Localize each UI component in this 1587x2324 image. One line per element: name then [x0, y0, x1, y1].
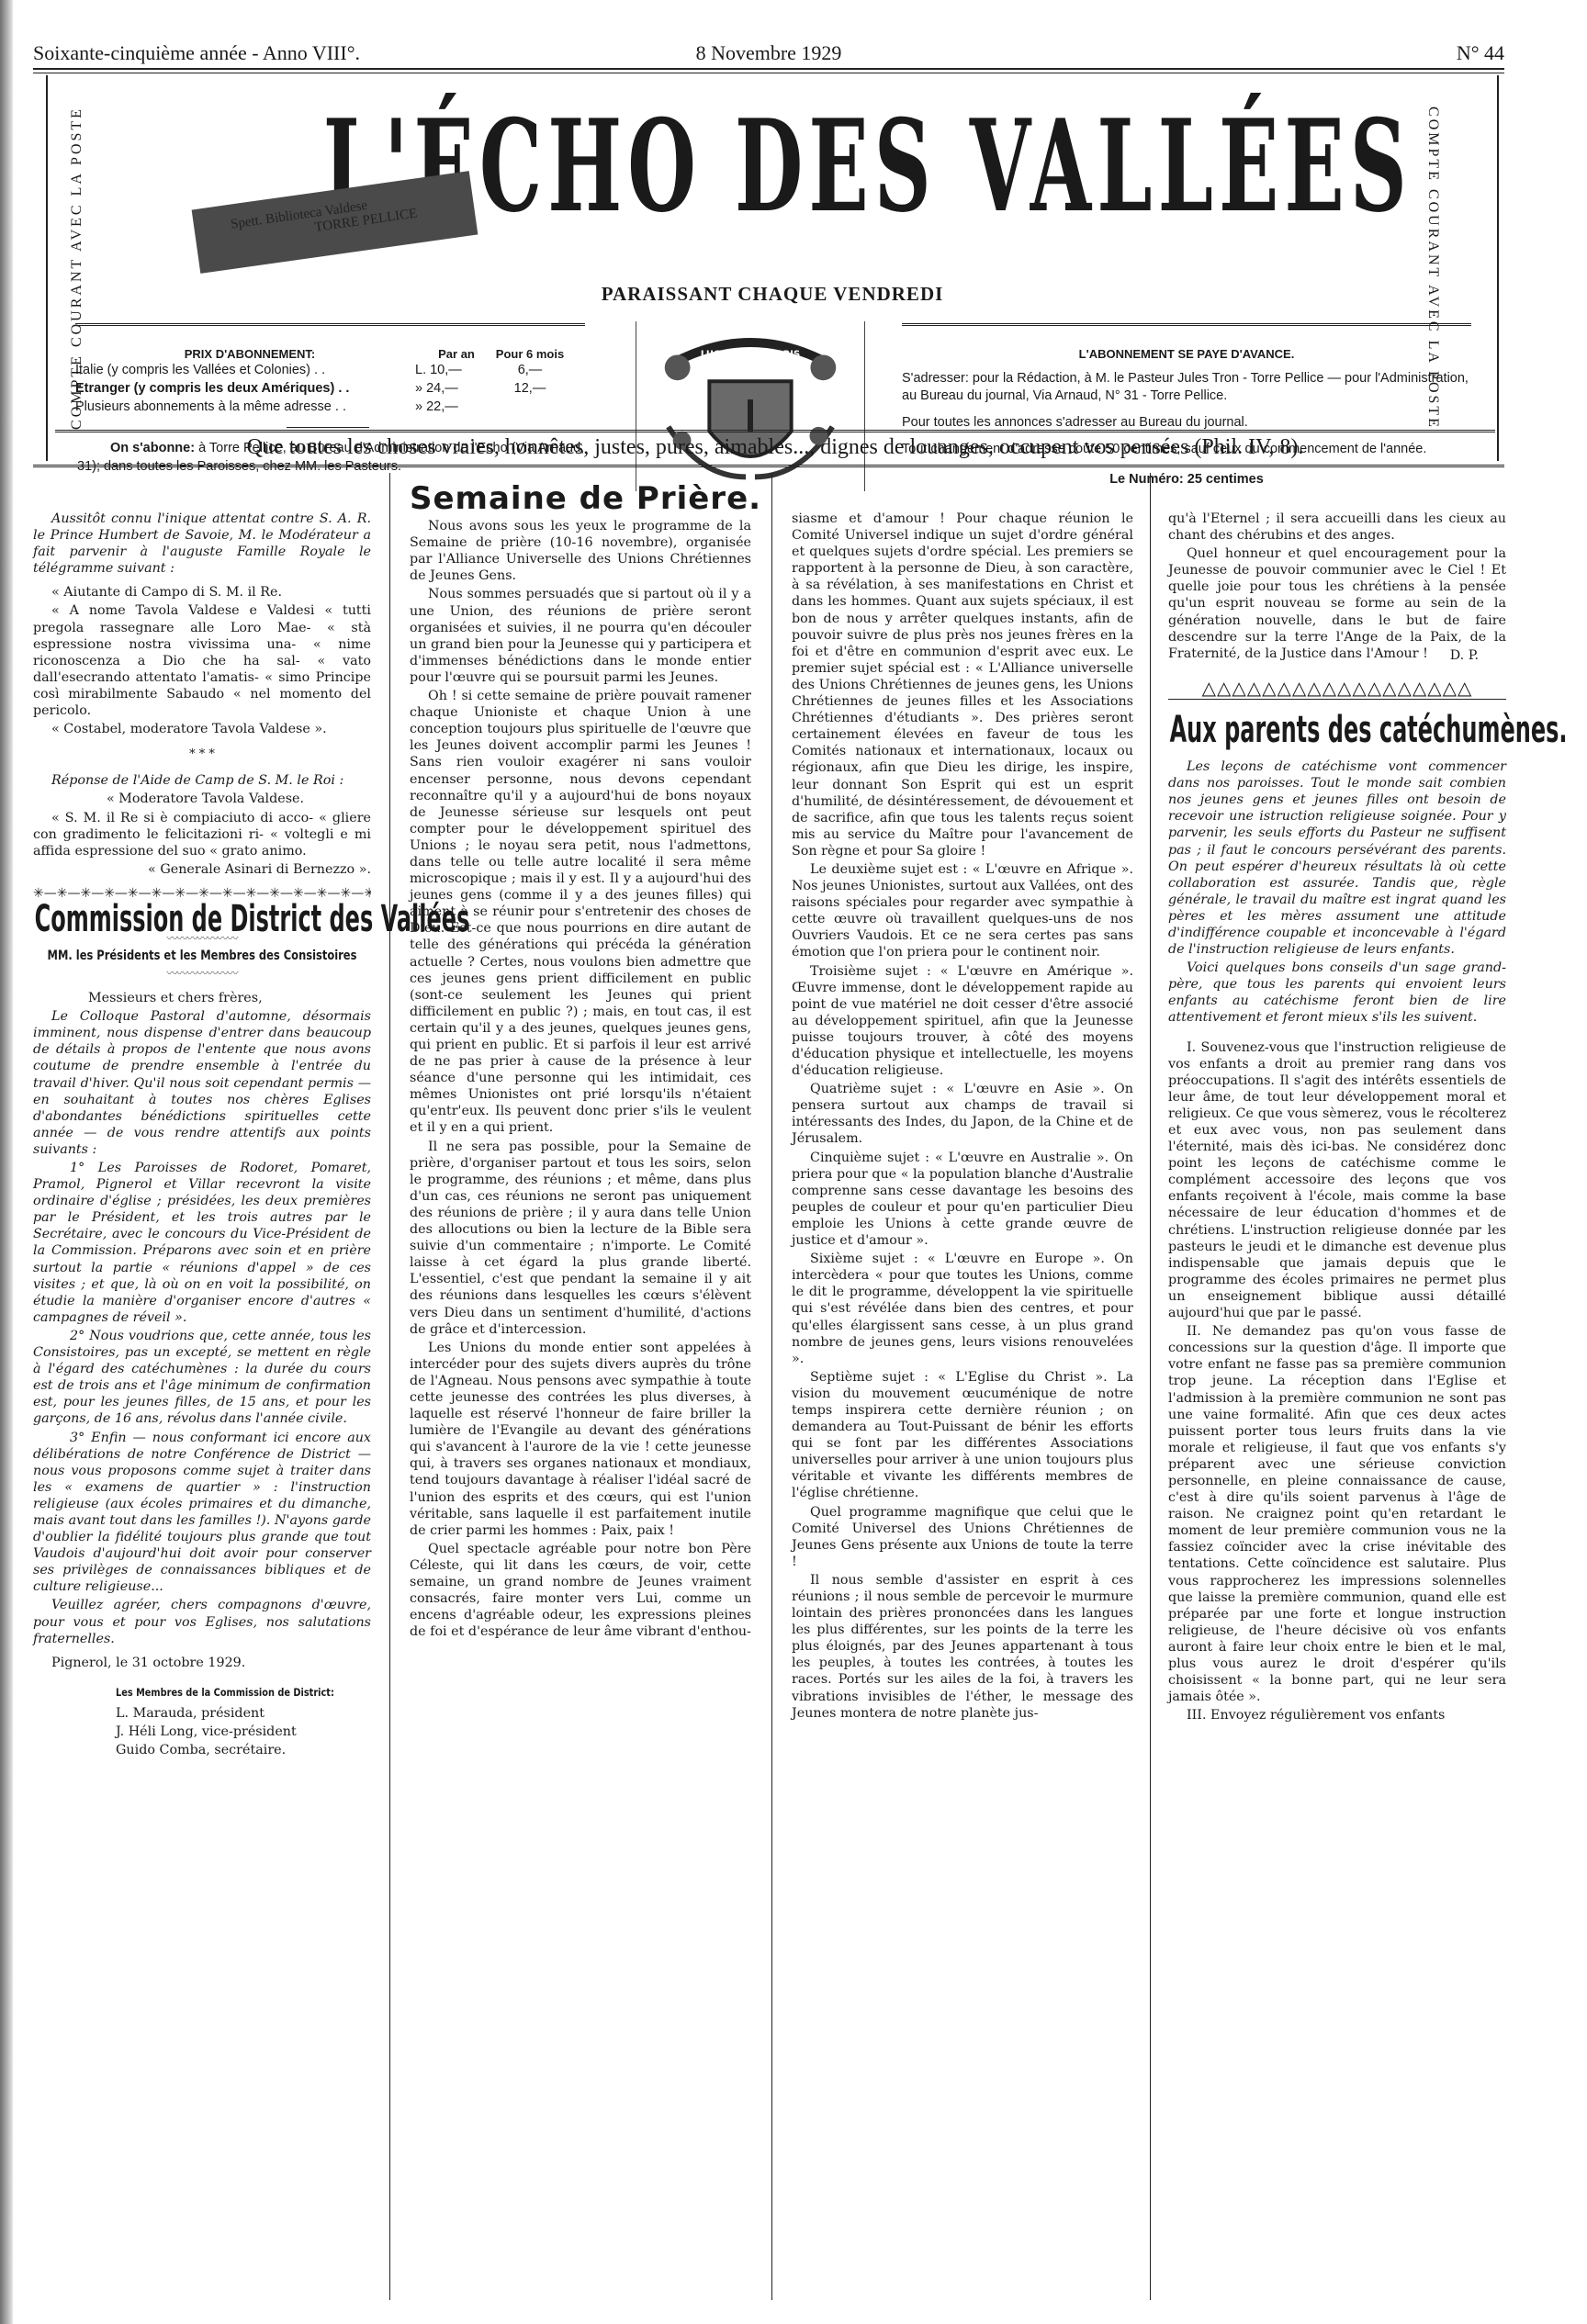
paragraph: Sixième sujet : « L'œuvre en Europe ». O…	[792, 1251, 1133, 1367]
paragraph: 3° Enfin — nous conformant ici encore au…	[33, 1430, 371, 1596]
paragraph: Cinquième sujet : « L'œuvre en Australie…	[792, 1150, 1133, 1250]
article-title-parents: Aux parents des catéchumènes.	[1170, 722, 1505, 738]
subtitle: PARAISSANT CHAQUE VENDREDI	[48, 283, 1497, 306]
price-row: Etranger (y compris les deux Amériques) …	[75, 379, 599, 398]
paragraph: Quel honneur et quel encouragement pour …	[1168, 545, 1506, 662]
reply-addressee: « Moderatore Tavola Valdese.	[33, 791, 371, 807]
column-rule	[389, 473, 390, 2300]
paragraph: Le deuxième sujet est : « L'œuvre en Afr…	[792, 861, 1133, 961]
paragraph: 1° Les Paroisses de Rodoret, Pomaret, Pr…	[33, 1160, 371, 1326]
paragraph: Il ne sera pas possible, pour la Semaine…	[410, 1139, 751, 1338]
paragraph: Il nous semble d'assister en esprit à ce…	[792, 1572, 1133, 1722]
reply-signature: « Generale Asinari di Bernezzo ».	[33, 861, 371, 878]
price-table-header: PRIX D'ABONNEMENT: Par an Pour 6 mois	[75, 347, 599, 361]
column-1: Aussitôt connu l'inique attentat contre …	[33, 477, 371, 1759]
redaction-info: S'adresser: pour la Rédaction, à M. le P…	[902, 370, 1471, 405]
motto-rule	[33, 465, 1504, 467]
paragraph: Quel programme magnifique que celui que …	[792, 1504, 1133, 1570]
scan-edge	[0, 0, 13, 2324]
svg-text:LUCET IN TENEBRIS: LUCET IN TENEBRIS	[701, 349, 800, 359]
telegram-intro: Aussitôt connu l'inique attentat contre …	[33, 511, 371, 577]
issue-number: N° 44	[1457, 41, 1504, 65]
issue-date: 8 Novembre 1929	[696, 41, 842, 65]
column-2: Semaine de Prière. Nous avons sous les y…	[410, 477, 751, 1642]
divider	[287, 427, 369, 428]
masthead: COMPTE COURANT AVEC LA POSTE L'ÉCHO DES …	[46, 75, 1499, 461]
separator-stars: * * *	[33, 747, 371, 763]
paragraph: qu'à l'Eternel ; il sera accueilli dans …	[1168, 511, 1506, 544]
paragraph: Oh ! si cette semaine de prière pouvait …	[410, 688, 751, 1137]
price-row: Italie (y compris les Vallées et Colonie…	[75, 361, 599, 379]
telegram-signature: « Costabel, moderatore Tavola Valdese ».	[33, 721, 371, 737]
place-date: Pignerol, le 31 octobre 1929.	[33, 1655, 371, 1671]
paragraph: Les leçons de catéchisme vont commencer …	[1168, 758, 1506, 958]
subscription-rule	[75, 323, 585, 326]
signature: L. Marauda, président	[116, 1704, 371, 1723]
salutation: Messieurs et chers frères,	[33, 990, 371, 1006]
issue-info-bar: Soixante-cinquième année - Anno VIII°. 8…	[33, 39, 1504, 68]
edition-label: Soixante-cinquième année - Anno VIII°.	[33, 41, 360, 65]
paragraph: Le Colloque Pastoral d'automne, désormai…	[33, 1008, 371, 1158]
paragraph: 2° Nous voudrions que, cette année, tous…	[33, 1328, 371, 1428]
motto: Que toutes les choses vraies, honnêtes, …	[55, 435, 1495, 460]
paragraph: Veuillez agréer, chers compagnons d'œuvr…	[33, 1597, 371, 1646]
top-rule	[33, 68, 1504, 73]
paragraph: Troisième sujet : « L'œuvre en Amérique …	[792, 963, 1133, 1080]
info-rule	[902, 323, 1471, 326]
price-row: Plusieurs abonnements à la même adresse …	[75, 398, 599, 416]
motto-rule	[55, 430, 1495, 432]
paragraph: Les Unions du monde entier sont appelées…	[410, 1340, 751, 1539]
paragraph: siasme et d'amour ! Pour chaque réunion …	[792, 511, 1133, 859]
signature-heading: Les Membres de la Commission de District…	[116, 1684, 332, 1701]
paragraph: Nous avons sous les yeux le programme de…	[410, 518, 751, 584]
column-3: siasme et d'amour ! Pour chaque réunion …	[792, 477, 1133, 1723]
triangle-divider: △△△△△△△△△△△△△△△△△△	[1168, 677, 1506, 700]
paragraph: I. Souvenez-vous que l'instruction relig…	[1168, 1039, 1506, 1322]
paragraph: Quatrième sujet : « L'œuvre en Asie ». O…	[792, 1081, 1133, 1147]
signature: Guido Comba, secrétaire.	[116, 1741, 371, 1759]
article-title-semaine: Semaine de Prière.	[410, 490, 751, 507]
column-rule	[1150, 473, 1151, 2300]
telegram-body: « A nome Tavola Valdese e Valdesi « tutt…	[33, 602, 371, 719]
article-subtitle: MM. les Présidents et les Membres des Co…	[41, 948, 364, 964]
side-text-right: COMPTE COURANT AVEC LA POSTE	[1414, 75, 1451, 461]
paragraph: II. Ne demandez pas qu'on vous fasse de …	[1168, 1323, 1506, 1705]
article-title-commission: Commission de District des Vallées	[35, 911, 370, 927]
reply-intro: Réponse de l'Aide de Camp de S. M. le Ro…	[33, 772, 371, 789]
column-4: qu'à l'Eternel ; il sera accueilli dans …	[1168, 477, 1506, 1725]
reply-body: « S. M. il Re si è compiaciuto di acco- …	[33, 810, 371, 859]
telegram-addressee: « Aiutante di Campo di S. M. il Re.	[33, 584, 371, 601]
column-rule	[771, 473, 772, 2300]
signature: J. Héli Long, vice-président	[116, 1723, 371, 1741]
wavy-divider: 〰〰〰〰〰〰〰	[33, 968, 371, 979]
paragraph: Voici quelques bons conseils d'un sage g…	[1168, 960, 1506, 1026]
paragraph: Nous sommes persuadés que si partout où …	[410, 586, 751, 686]
paragraph: Septième sujet : « L'Eglise du Christ ».…	[792, 1369, 1133, 1502]
paragraph: III. Envoyez régulièrement vos enfants	[1168, 1707, 1506, 1723]
paragraph: Quel spectacle agréable pour notre bon P…	[410, 1541, 751, 1641]
